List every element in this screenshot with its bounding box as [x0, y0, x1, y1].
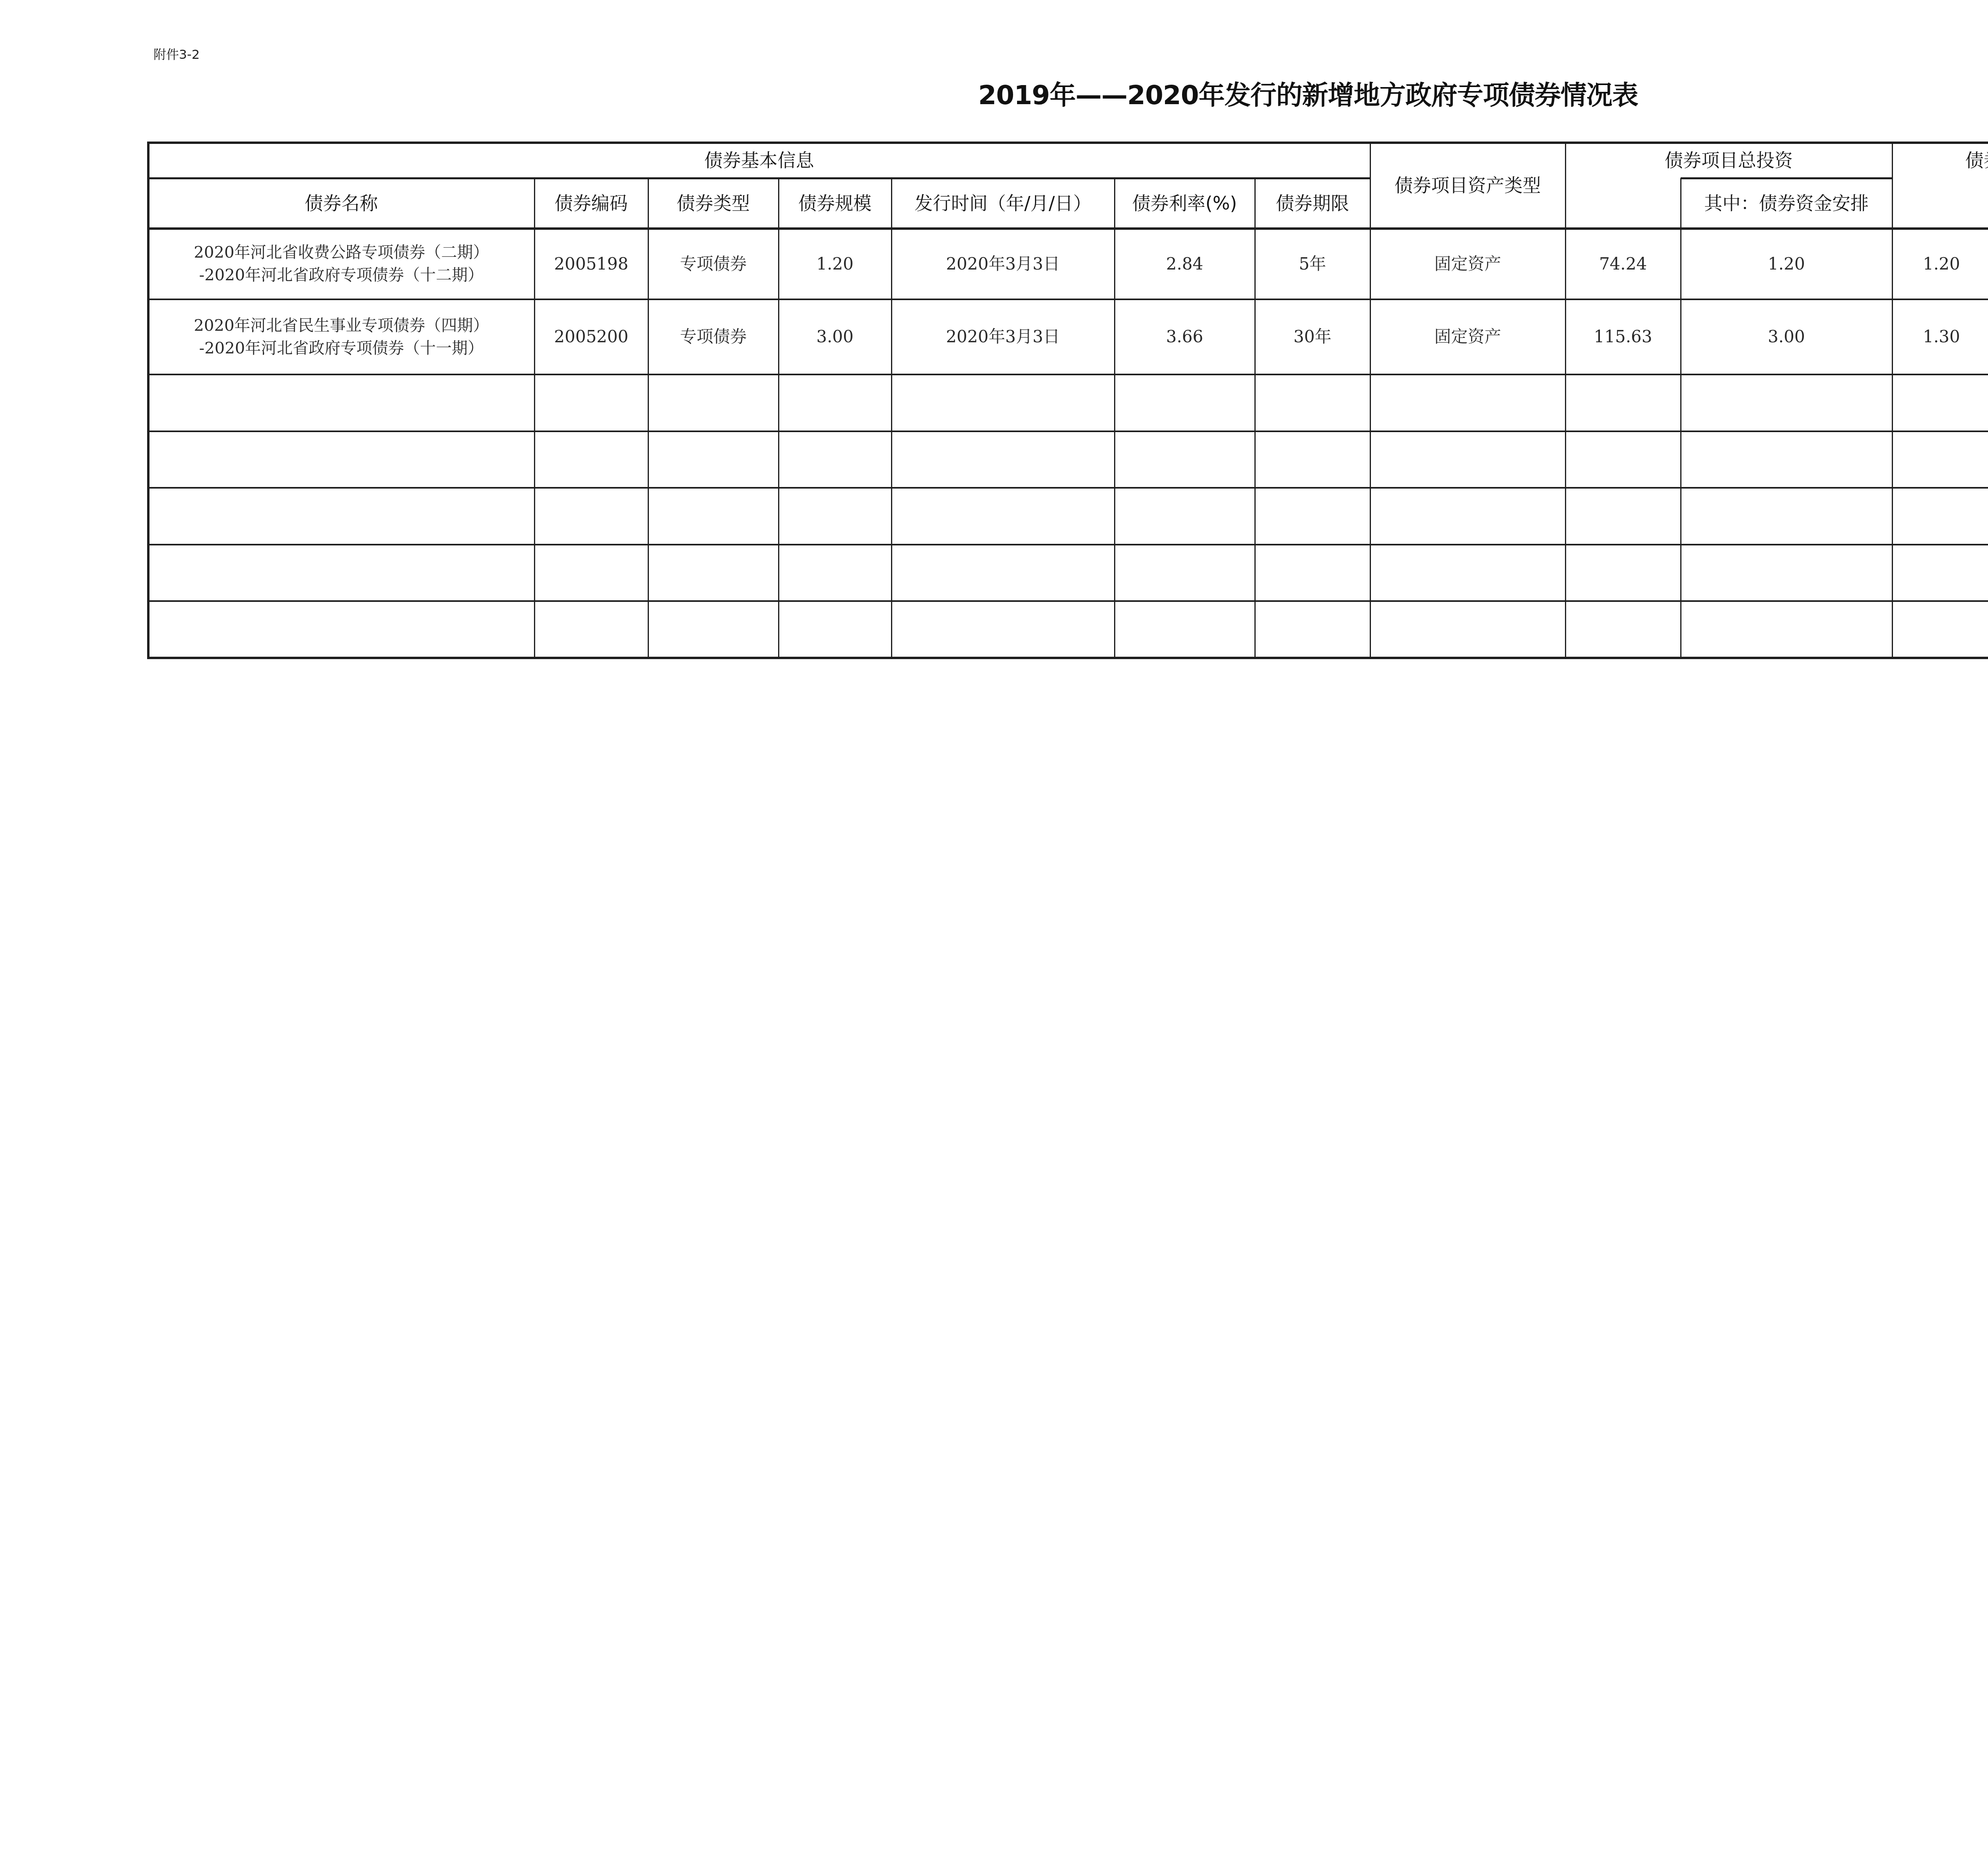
empty-table-row	[148, 488, 1988, 545]
cell-rate: 3.66	[1114, 299, 1255, 374]
group-header-total-investment: 债券项目总投资	[1565, 143, 1892, 178]
group-header-realized-investment: 债券项目已实现投资	[1892, 143, 1988, 178]
cell-code: 2005198	[534, 229, 648, 299]
header-bond-type: 债券类型	[648, 178, 779, 229]
empty-table-row	[148, 431, 1988, 488]
bond-table: 债券基本信息债券项目资产类型债券项目总投资债券项目已实现投资已取得项目收益备注债…	[0, 0, 1988, 1870]
header-bond-term: 债券期限	[1255, 178, 1370, 229]
cell-realized-investment: 1.20	[1892, 229, 1988, 299]
cell-type: 专项债券	[648, 299, 779, 374]
header-bond-code: 债券编码	[534, 178, 648, 229]
cell-name: 2020年河北省收费公路专项债券（二期） -2020年河北省政府专项债券（十二期…	[148, 229, 534, 299]
cell-issue-date: 2020年3月3日	[891, 299, 1114, 374]
empty-table-row	[148, 545, 1988, 601]
empty-table-row	[148, 374, 1988, 431]
cell-total-investment: 115.63	[1565, 299, 1681, 374]
header-bond-name: 债券名称	[148, 178, 534, 229]
cell-issue-date: 2020年3月3日	[891, 229, 1114, 299]
cell-term: 5年	[1255, 229, 1370, 299]
header-total-bond-funds: 其中：债券资金安排	[1681, 178, 1892, 229]
cell-rate: 2.84	[1114, 229, 1255, 299]
cell-realized-investment: 1.30	[1892, 299, 1988, 374]
cell-asset-type: 固定资产	[1370, 299, 1565, 374]
cell-total-investment: 74.24	[1565, 229, 1681, 299]
empty-table-row	[148, 601, 1988, 658]
header-interest-rate: 债券利率(%)	[1114, 178, 1255, 229]
header-bond-scale: 债券规模	[779, 178, 891, 229]
cell-asset-type: 固定资产	[1370, 229, 1565, 299]
header-issue-date: 发行时间（年/月/日）	[891, 178, 1114, 229]
cell-code: 2005200	[534, 299, 648, 374]
cell-scale: 3.00	[779, 299, 891, 374]
cell-name: 2020年河北省民生事业专项债券（四期） -2020年河北省政府专项债券（十一期…	[148, 299, 534, 374]
cell-total-bond-funds: 3.00	[1681, 299, 1892, 374]
cell-scale: 1.20	[779, 229, 891, 299]
cell-total-bond-funds: 1.20	[1681, 229, 1892, 299]
header-asset-type: 债券项目资产类型	[1370, 143, 1565, 229]
cell-term: 30年	[1255, 299, 1370, 374]
group-header-basic-info: 债券基本信息	[148, 143, 1370, 178]
cell-type: 专项债券	[648, 229, 779, 299]
